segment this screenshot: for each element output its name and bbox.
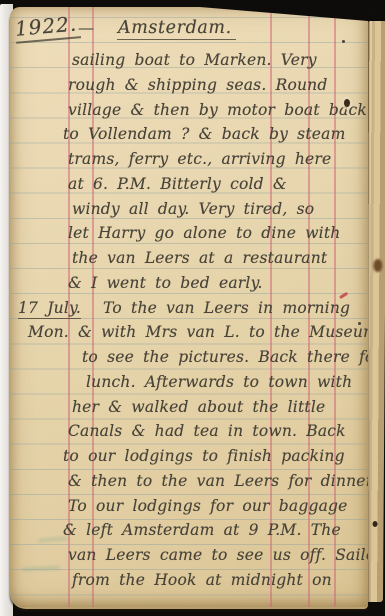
- handwriting-line: & then to the van Leers for dinner.: [10, 469, 368, 494]
- line-text: & then to the van Leers for dinner.: [68, 472, 368, 490]
- diary-photo: 1922. — Amsterdam. sailing boat to Marke…: [0, 0, 385, 616]
- handwriting-line: lunch. Afterwards to town with: [10, 370, 368, 395]
- speck: [372, 521, 377, 527]
- ink-dot: [342, 40, 345, 43]
- handwriting-line: Mon. & with Mrs van L. to the Museum: [10, 320, 368, 345]
- handwriting-line: rough & shipping seas. Round: [10, 73, 368, 98]
- line-text: from the Hook at midnight on: [72, 571, 332, 589]
- line-text: sailing boat to Marken. Very: [72, 51, 317, 69]
- line-text: the van Leers at a restaurant: [72, 249, 327, 267]
- handwriting-line: the van Leers at a restaurant: [10, 246, 368, 271]
- handwriting-line: Canals & had tea in town. Back: [10, 419, 368, 444]
- handwriting-line: to Vollendam ? & back by steam: [10, 122, 368, 147]
- entry-date: 17 July.: [18, 299, 81, 319]
- line-text: lunch. Afterwards to town with: [86, 373, 352, 391]
- line-text: to see the pictures. Back there for: [82, 348, 368, 366]
- notebook-page: 1922. — Amsterdam. sailing boat to Marke…: [10, 7, 368, 607]
- line-text: trams, ferry etc., arriving here: [68, 150, 331, 168]
- handwriting-line: let Harry go alone to dine with: [10, 221, 368, 246]
- ink-dot: [358, 322, 361, 325]
- line-text: Mon. & with Mrs van L. to the Museum: [28, 323, 368, 341]
- handwriting-line: at 6. P.M. Bitterly cold &: [10, 172, 368, 197]
- handwriting-line-entry-start: 17 July.To the van Leers in morning: [10, 296, 368, 321]
- handwriting-line: windy all day. Very tired, so: [10, 197, 368, 222]
- handwriting-line: from the Hook at midnight on: [10, 568, 368, 593]
- handwriting-line: sailing boat to Marken. Very: [10, 48, 368, 73]
- line-text: To our lodgings for our baggage: [68, 497, 348, 515]
- page-title: Amsterdam.: [117, 18, 236, 40]
- line-text: let Harry go alone to dine with: [68, 224, 340, 242]
- handwriting-line: to our lodgings to finish packing: [10, 444, 368, 469]
- line-text: windy all day. Very tired, so: [72, 200, 314, 218]
- line-text: at 6. P.M. Bitterly cold &: [68, 175, 287, 193]
- line-text: rough & shipping seas. Round: [68, 76, 327, 94]
- dash: —: [78, 18, 94, 37]
- line-text: van Leers came to see us off. Sailed: [68, 546, 368, 564]
- handwriting-line: & I went to bed early.: [10, 271, 368, 296]
- year-label: 1922.: [14, 11, 81, 44]
- stain: [373, 259, 382, 272]
- line-text: to Vollendam ? & back by steam: [63, 125, 345, 143]
- handwriting-block: sailing boat to Marken. Very rough & shi…: [10, 48, 368, 593]
- handwriting-line: her & walked about the little: [10, 395, 368, 420]
- handwriting-line: To our lodgings for our baggage: [10, 494, 368, 519]
- line-text: to our lodgings to finish packing: [63, 447, 345, 465]
- handwriting-line: village & then by motor boat back: [10, 98, 368, 123]
- handwriting-line: to see the pictures. Back there for: [10, 345, 368, 370]
- handwriting-line: trams, ferry etc., arriving here: [10, 147, 368, 172]
- paper-hole: [344, 99, 350, 107]
- line-text: & left Amsterdam at 9 P.M. The: [63, 521, 341, 539]
- line-text: Canals & had tea in town. Back: [68, 422, 346, 440]
- line-text: village & then by motor boat back: [68, 101, 367, 119]
- line-text: & I went to bed early.: [68, 274, 263, 292]
- handwriting-line: van Leers came to see us off. Sailed: [10, 543, 368, 568]
- line-text: her & walked about the little: [72, 398, 325, 416]
- line-text: To the van Leers in morning: [103, 299, 350, 317]
